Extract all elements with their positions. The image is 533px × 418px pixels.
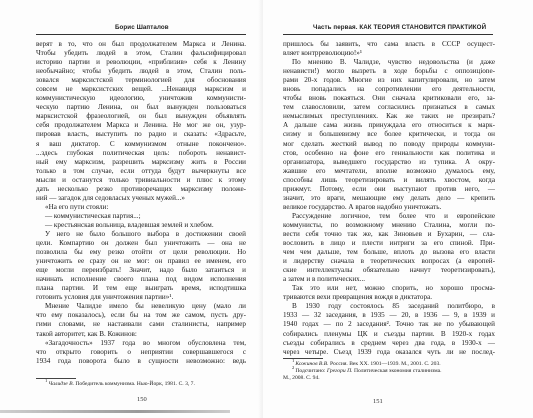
text-line: мог сделать жесткий вывод по поводу прир… (283, 140, 495, 149)
text-line: организатора, выведшего государство из т… (283, 158, 495, 167)
text-line: себя продолжателем Маркса и Ленина. Не м… (36, 121, 246, 130)
text-line: позволила бы ему резко отойти от цели ре… (36, 248, 246, 257)
text-line: В 1930 году состоялось 85 заседаний поли… (283, 302, 495, 311)
text-line: Чтобы убедить людей в этом, Сталин фальс… (36, 49, 246, 58)
page-edge-shadow (0, 410, 230, 413)
text-line: Так это или нет, можно спорить, но хорош… (283, 284, 495, 293)
running-head-chapter: Часть первая. КАК ТЕОРИЯ СТАНОВИТСЯ ПРАК… (313, 24, 486, 31)
page-number: 150 (137, 396, 147, 403)
text-line: только в том случае, если оттуда будут в… (36, 167, 246, 176)
footnotes: 1 Чалидзе В. Победитель коммунизма. Нью-… (36, 381, 246, 388)
text-line: историю партии и революции, «приблизив» … (36, 58, 246, 67)
text-line: зовался марксистской терминологией для о… (36, 76, 246, 85)
text-line: еще могли переизбрать! Значит, надо было… (36, 266, 246, 275)
text-line: ний — загадок для седовласых ученых муже… (36, 194, 246, 203)
text-line: собирались пленумы ЦК и съезды партии. В… (283, 330, 495, 339)
footnote-rule (283, 358, 323, 359)
text-line: триваются вехи превращения вождя в дикта… (283, 293, 495, 302)
text-line: совсем не марксистских вещей. ...Ненавид… (36, 85, 246, 94)
text-line: а затем и в политических... (283, 275, 495, 284)
text-line: такой авторитет, как В. Кожинов: (36, 330, 246, 339)
text-line: значит, это враги, мешающие ему делать д… (283, 194, 495, 203)
text-line: тем славословили, затем согласились приз… (283, 103, 495, 112)
text-line: Мнение Чалидзе имело бы невеликую цену (… (36, 302, 246, 311)
header-rule (36, 34, 246, 35)
book-spread: Борис Шапталов верят в то, что он был пр… (0, 0, 533, 418)
text-line: великое государство. А врагов надобно ун… (283, 203, 495, 212)
footnote: М., 2008. С. 94. (283, 375, 495, 382)
footnotes: 1 Кожинов В.В. Россия. Век XX. 1901—1939… (283, 361, 495, 382)
text-line: 1940 годах — по 2 заседания². Точно так … (283, 320, 495, 329)
footnote-rule (36, 378, 76, 379)
footnote: 2 Подсчитано: Грегори П. Политическая эк… (283, 368, 495, 375)
text-line: — коммунистическая партия...; (36, 212, 246, 221)
text-line: прижмут. Потому, если они выступают прот… (283, 185, 495, 194)
text-line: Рассуждение логичное, тем более что и ев… (283, 212, 495, 221)
text-line: через четыре. Съезд 1939 года оказался ч… (283, 348, 495, 357)
text-line: способны лишь теоретизировать и вилять х… (283, 176, 495, 185)
page-number: 151 (373, 398, 383, 405)
text-line: ские интеллектуалы обязательно начнут те… (283, 266, 495, 275)
text-line: стов, особенно на фоне его гениальности … (283, 149, 495, 158)
text-line: марксистской фразеологией, он был вынужд… (36, 112, 246, 121)
text-line: жавшие его мечтатели, вполне возможно ду… (283, 167, 495, 176)
text-line: готовить условия для уничтожения партии»… (36, 293, 246, 302)
text-line: съезды собирались в среднем через два го… (283, 339, 495, 348)
body-text: пришлось бы заявить, что сама власть в С… (283, 40, 495, 357)
right-page: Часть первая. КАК ТЕОРИЯ СТАНОВИТСЯ ПРАК… (263, 0, 533, 418)
text-line: «Загадочность» 1937 года во многом обусл… (36, 339, 246, 348)
text-line: — крестьянская вольница, владевшая земле… (36, 221, 246, 230)
text-line: мысли и останутся только тривиальности и… (36, 176, 246, 185)
text-line: «На его пути стояли: (36, 203, 246, 212)
text-line: что открыто говорить о неприятии соверша… (36, 348, 246, 357)
text-line: вословить в лицо и плести интриги за его… (283, 239, 495, 248)
text-line: гими словами, не настаивали сами сталини… (36, 320, 246, 329)
text-line: начинать исполнение своего плана под вид… (36, 275, 246, 284)
text-line: что ему показалось), если бы на том же с… (36, 311, 246, 320)
text-line: вновь попадались на сопротивлении его де… (283, 85, 495, 94)
text-line: По мнению В. Чалидзе, чувство недовольст… (283, 58, 495, 67)
text-line: вести себя точно так же, как Зиновьев и … (283, 230, 495, 239)
text-line: сизму и большевизму все более критически… (283, 130, 495, 139)
text-line: У него не было большого выбора в достиже… (36, 230, 246, 239)
text-line: чем чем дальше, тем больше, вплоть до вы… (283, 248, 495, 257)
text-line: 1934 года поворота было в сущности невоз… (36, 357, 246, 366)
text-line: немыслимых преступлениях. Как же таких н… (283, 112, 495, 121)
running-head-author: Борис Шапталов (115, 24, 169, 31)
text-line: плана партии. И тем еще выиграть время, … (36, 284, 246, 293)
text-line: верят в то, что он был продолжателем Мар… (36, 40, 246, 49)
text-line: и лидерству сначала в теоретических вопр… (283, 257, 495, 266)
text-line: необычайно; чтобы убедить людей в этом, … (36, 67, 246, 76)
text-line: ненависти!) могло вызреть в ходе борьбы … (283, 67, 495, 76)
text-line: ный ему марксизм, разрешить марксизму жи… (36, 158, 246, 167)
text-line: ческую партию Ленина, он был вынужден по… (36, 103, 246, 112)
left-page: Борис Шапталов верят в то, что он был пр… (0, 0, 263, 418)
text-line: уничтожить ее сразу он не мог: он правил… (36, 257, 246, 266)
footnote: 1 Кожинов В.В. Россия. Век XX. 1901—1939… (283, 361, 495, 368)
text-line: цели. Компартию он должен был уничтожить… (36, 239, 246, 248)
text-line: рами 20-х годов. Многие из них капитулир… (283, 76, 495, 85)
text-line: дать несколько резко противоречащих марк… (36, 185, 246, 194)
text-line: пировав власть, выступить по радио и ска… (36, 130, 246, 139)
text-line: 1933 — 32 заседания, в 1935 — 20, в 1936… (283, 311, 495, 320)
text-line: коммунистическую идеологию, уничтожив ко… (36, 94, 246, 103)
text-line: пришлось бы заявить, что сама власть в С… (283, 40, 495, 49)
text-line: чтобы вновь покаяться. Они сначала крити… (283, 94, 495, 103)
text-line: А дальше сама жизнь принуждала его относ… (283, 121, 495, 130)
text-line: я ваш диктатор. С коммунизмом отныне пок… (36, 140, 246, 149)
text-line: ...здесь глубокая политическая цель: поб… (36, 149, 246, 158)
text-line: коммунисты, по возможному мнению Сталина… (283, 221, 495, 230)
header-rule (283, 34, 493, 35)
footnote: 1 Чалидзе В. Победитель коммунизма. Нью-… (36, 381, 246, 388)
text-line: вляет контрреволюцию!»¹ (283, 49, 495, 58)
body-text: верят в то, что он был продолжателем Мар… (36, 40, 246, 366)
